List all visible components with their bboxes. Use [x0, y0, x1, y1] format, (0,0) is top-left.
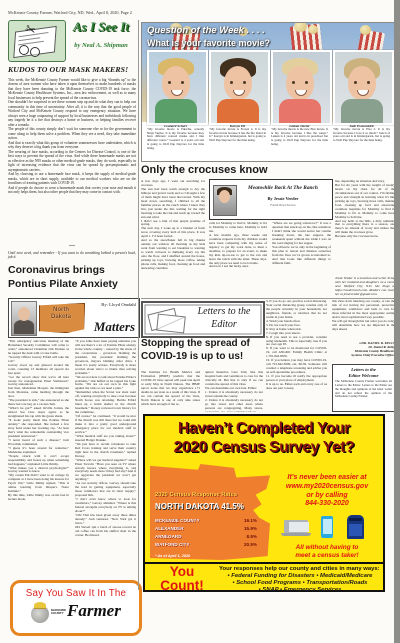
- face: [348, 66, 376, 100]
- kid-caption-2: Karsyn Ell “My favorite movie is Frozen …: [209, 124, 266, 159]
- letter-signature: s/DR. DANIEL R. KELLY Dr. Daniel R. Kell…: [332, 341, 395, 362]
- farmer-logo: McKENZIE COUNTY Farmer: [13, 603, 139, 629]
- omdahl-col-1: “This emergency anti-virus meeting of th…: [8, 340, 69, 577]
- omdahl-headline-line2: Pontius Pilate Anxiety: [8, 278, 140, 292]
- rate-row: ALEXANDER 15.9%: [155, 526, 257, 531]
- envelope-icon: [156, 314, 186, 334]
- column-title: Meanwhile Back At The Ranch: [237, 185, 329, 191]
- kudos-headline: KUDOS TO OUR MASK MAKERS!: [8, 65, 136, 74]
- crocus-col-4: lies, depending on situation and story. …: [335, 180, 395, 276]
- column-byline: By Jessie Veeder: [237, 196, 329, 201]
- face: [224, 66, 252, 100]
- rate-value: 19.1%: [244, 518, 257, 523]
- covid-letter-col-4: this virus from infecting our county, or…: [332, 300, 395, 340]
- column-credit: Forum News Service: [237, 203, 329, 207]
- crocus-headline: Only the crocuses know: [141, 164, 351, 176]
- newspaper-hat-icon: [31, 605, 49, 623]
- popcorn-decoration: [308, 25, 318, 34]
- census-bottom-strip: You Count! Your responses help our count…: [145, 562, 383, 593]
- rate-name: WATFORD CITY: [155, 542, 190, 547]
- rates-footnote: * As of April 1, 2020: [155, 554, 190, 558]
- you-count-text: You Count!: [149, 565, 215, 593]
- face: [286, 66, 314, 100]
- kid-photo-4: [333, 50, 394, 125]
- census-icons: [273, 514, 381, 542]
- question-subtitle: What is your favorite movie?: [147, 38, 270, 48]
- matters-script: Matters: [94, 319, 135, 335]
- ways-item: • School Food Programs • Transportation/…: [219, 580, 381, 586]
- covid-headline-line1: Stopping the spread of: [141, 337, 265, 350]
- column-rule: [138, 20, 139, 590]
- letters-welcome-box: Letters to the Editor Welcome The McKenz…: [332, 364, 395, 412]
- ways-heading: Your responses help our county and citie…: [219, 566, 381, 572]
- laptop-icon: [281, 520, 311, 537]
- omdahl-byline: By: Lloyd Omdahl: [101, 302, 136, 307]
- letters-to-editor-banner: Letters to the Editor: [141, 301, 265, 338]
- as-i-see-it-body: This week, the McKenzie County Farmer wo…: [8, 78, 136, 242]
- lloyd-omdahl-photo: [11, 301, 37, 336]
- covid-letter-headline: Stopping the spread of COVID-19 is up to…: [141, 337, 265, 363]
- rate-value: 8.5%: [247, 534, 257, 539]
- census-ways: Your responses help our county and citie…: [219, 566, 381, 593]
- omdahl-headline: Coronavirus brings Pontius Pilate Anxiet…: [8, 264, 140, 291]
- as-i-see-it-logo: ✂ As I See It by Neal A. Shipman: [8, 18, 136, 63]
- omdahl-col-2: “If you folks have been paying attention…: [75, 340, 136, 577]
- page-header: McKenzie County Farmer, Watford City, ND…: [8, 10, 328, 15]
- census-title-line2: 2020 Census Survey Yet?: [145, 439, 383, 457]
- census-no-taker-text: All without having to meet a census take…: [273, 544, 381, 560]
- covid-letter-col-3: 3. If you do go out, practice social dis…: [266, 300, 327, 412]
- crocus-col-1: A few days ago, I went out searching for…: [141, 180, 205, 298]
- banner-script-line1: Letters to the: [189, 306, 259, 317]
- as-i-see-it-tagline: Until next week, and remember - If you w…: [8, 251, 136, 260]
- column-logo-title: As I See It: [66, 19, 136, 35]
- kid-caption-3: Laiken Deeter “My favorite movie is the …: [271, 124, 328, 159]
- covid-letter-col-2: quired Intensive Care Unit, like this ho…: [205, 371, 263, 412]
- kid-caption-text: “My favorite movie is Pikachu, actually …: [147, 128, 204, 159]
- section-divider-dash: —: [8, 243, 136, 249]
- question-of-the-week-block: Question of the Week . . . . What is you…: [141, 22, 397, 162]
- census-ad: Haven’t Completed Your 2020 Census Surve…: [143, 414, 385, 592]
- question-title: Question of the Week . . . .: [147, 25, 265, 36]
- page-edge-shadow: [394, 0, 400, 643]
- rate-name: ARNEGARD: [155, 534, 182, 539]
- covid-letter-col-1: The Institute for Health Metrics and Eva…: [141, 371, 200, 412]
- kid-photo-3: [271, 50, 332, 125]
- kid-photo-1: [147, 50, 208, 125]
- face: [162, 66, 190, 100]
- kid-caption-4: Jade Evanenkirk “My favorite movie is El…: [333, 124, 390, 159]
- crocus-col-2: calls for Mommy to find it, Mommy to fix…: [209, 222, 267, 298]
- rate-row: WATFORD CITY 20.5%: [155, 542, 257, 547]
- newspaper-page: McKenzie County Farmer, Watford City, ND…: [0, 0, 400, 643]
- rate-name: ALEXANDER: [155, 526, 184, 531]
- say-you-saw-it-text: Say You Saw It In The: [13, 588, 139, 599]
- columnist-box: Meanwhile Back At The Ranch By Jessie Ve…: [209, 179, 333, 220]
- rate-row: ARNEGARD 8.5%: [155, 534, 257, 539]
- banner-script-line2: Editor: [189, 319, 259, 330]
- kid-caption-text: “My favorite movie is the new Elsa movie…: [271, 128, 328, 159]
- shirt: [279, 99, 321, 123]
- crocus-col-3: “Where are we going tomorrow?” It was a …: [272, 222, 331, 298]
- ways-item: • SNAP • Emergency Services: [219, 587, 381, 593]
- smartphone-icon: [321, 516, 333, 538]
- rate-row: MCKENZIE COUNTY 19.1%: [155, 518, 257, 523]
- mailbox-icon: [347, 515, 364, 539]
- ways-item: • Federal Funding for Disasters • Medica…: [219, 573, 381, 579]
- glasses-icon: [19, 45, 29, 55]
- kid-caption-text: “My favorite movie is Frozen 2. It is my…: [209, 128, 266, 159]
- column-logo-byline: by Neal A. Shipman: [66, 42, 136, 49]
- state-shape-label: North Dakota: [39, 307, 83, 321]
- kid-caption-1: Leonard Schart “My favorite movie is Pik…: [147, 124, 204, 159]
- census-easier-text: It’s never been easier at www.my2020cens…: [273, 474, 381, 509]
- farmer-logo-big-text: Farmer: [67, 601, 121, 621]
- farmer-logo-small-text: McKENZIE COUNTY: [51, 609, 67, 616]
- census-title-line1: Haven’t Completed Your: [145, 420, 383, 438]
- rate-value: 20.5%: [244, 542, 257, 547]
- shirt: [155, 99, 197, 123]
- rate-value: 15.9%: [244, 526, 257, 531]
- newspaper-scissors-art: ✂: [8, 20, 66, 62]
- kid-caption-text: “My favorite movie is Elsa 2. It is my f…: [333, 128, 390, 159]
- crocus-author-bio: Jessie Veeder is a musician and writer l…: [335, 277, 395, 298]
- welcome-box-title: Letters to the Editor Welcome: [335, 367, 392, 378]
- glasses-icon: [30, 47, 40, 57]
- shirt: [217, 99, 259, 123]
- shirt: [341, 99, 383, 123]
- response-rates-label: 2020 Census Response Rates: [155, 492, 267, 498]
- omdahl-headline-line1: Coronavirus brings: [8, 264, 140, 278]
- jessie-veeder-photo: [213, 185, 237, 216]
- north-dakota-matters-logo: North Dakota By: Lloyd Omdahl Matters: [8, 298, 140, 338]
- say-you-saw-it-ad: Say You Saw It In The McKENZIE COUNTY Fa…: [10, 580, 142, 636]
- rate-name: MCKENZIE COUNTY: [155, 518, 200, 523]
- popcorn-decoration: [360, 25, 371, 35]
- covid-headline-line2: COVID-19 is up to us!: [141, 350, 265, 363]
- section-rule: [141, 298, 395, 299]
- welcome-box-body: The McKenzie County Farmer welcomes all …: [335, 380, 392, 399]
- crocus-article: Meanwhile Back At The Ranch By Jessie Ve…: [141, 179, 395, 298]
- kid-photo-2: [209, 50, 270, 125]
- state-response-rate: NORTH DAKOTA 41.5%: [155, 502, 267, 511]
